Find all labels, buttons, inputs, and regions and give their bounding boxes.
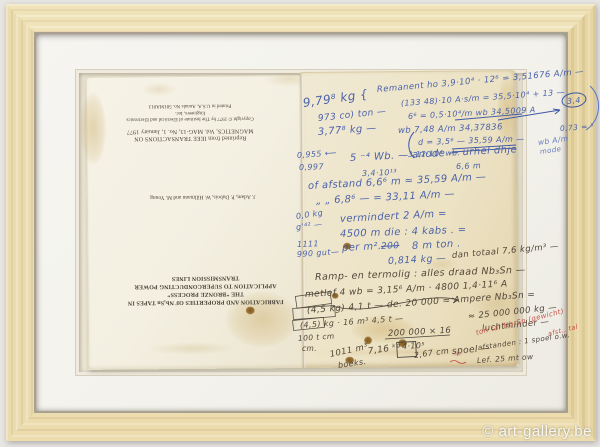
stain [307, 346, 507, 358]
stain [497, 76, 518, 148]
left-page: Reprinted from IEEE TRANSACTIONS ON MAGN… [86, 75, 304, 370]
picture-frame: Reprinted from IEEE TRANSACTIONS ON MAGN… [6, 4, 596, 441]
copyright-line: Copyright © 1977 by The Institute of Ele… [124, 108, 256, 121]
authors-line: J. Adam, P. Dubois, W. Hillmann and M. Y… [145, 193, 261, 200]
mat-window: Reprinted from IEEE TRANSACTIONS ON MAGN… [76, 70, 526, 375]
stain [146, 342, 238, 356]
title-line-1: FABRICATION AND PROPERTIES OF Nb₃Sn TAPE… [121, 289, 291, 306]
document-spread: Reprinted from IEEE TRANSACTIONS ON MAGN… [86, 73, 519, 370]
mat-board: Reprinted from IEEE TRANSACTIONS ON MAGN… [36, 34, 566, 411]
framed-artwork-photo: Reprinted from IEEE TRANSACTIONS ON MAGN… [0, 0, 600, 447]
stain [351, 315, 415, 344]
stain [398, 339, 407, 347]
watermark: © art-gallery.be [482, 423, 592, 440]
stain [141, 82, 177, 96]
stain [471, 282, 525, 324]
stain [80, 93, 107, 165]
stain [451, 351, 463, 357]
reprint-header-block: Reprinted from IEEE TRANSACTIONS ON MAGN… [124, 101, 256, 141]
frame-left-rail [6, 4, 36, 441]
stain [424, 257, 458, 272]
stain [332, 293, 339, 299]
title-line-2: APPLICATION TO SUPERCONDUCTING POWER TRA… [120, 273, 290, 290]
stain [246, 306, 255, 314]
stain [364, 336, 372, 344]
title-block: FABRICATION AND PROPERTIES OF Nb₃Sn TAPE… [120, 273, 290, 306]
right-page [301, 70, 519, 368]
reprint-line: Reprinted from IEEE TRANSACTIONS ON MAGN… [124, 126, 256, 141]
stain [345, 357, 354, 364]
stain [343, 243, 351, 250]
printed-in-line: Printed in U.S.A. Annals No. 501MA013 [124, 101, 256, 108]
frame-top-rail [6, 4, 596, 34]
authors-block: J. Adam, P. Dubois, W. Hillmann and M. Y… [145, 193, 261, 200]
frame-right-rail [566, 4, 596, 441]
